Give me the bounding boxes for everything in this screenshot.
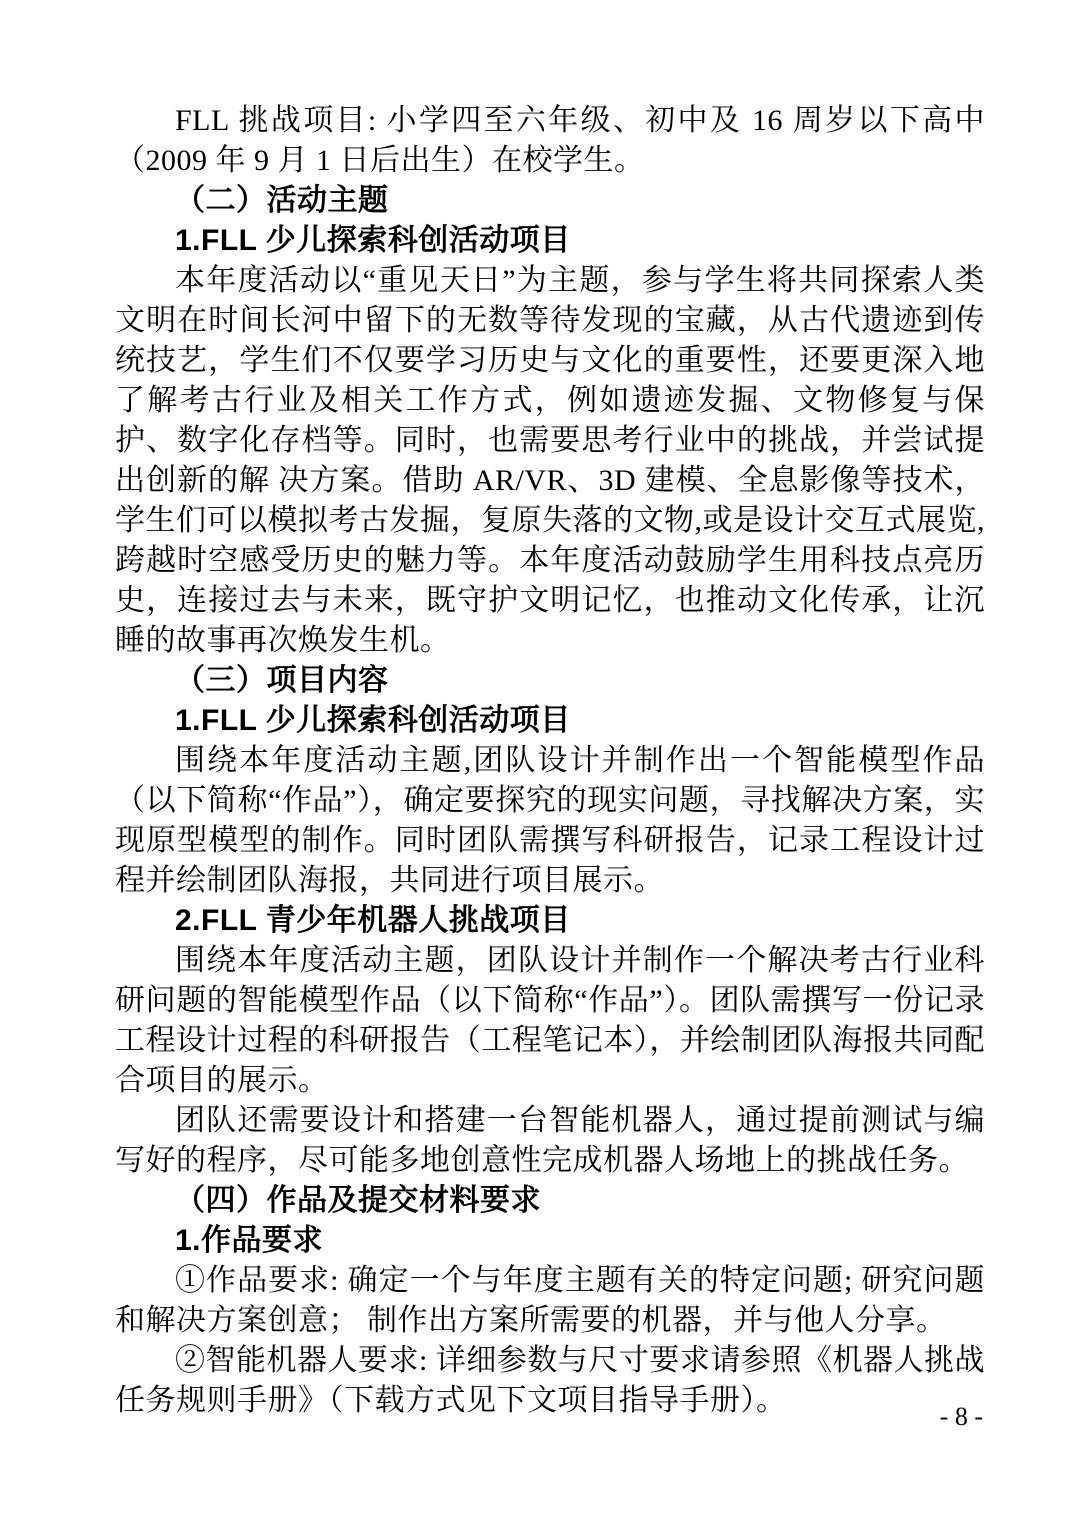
body-paragraph: 本年度活动以“重见天日”为主题，参与学生将共同探索人类文明在时间长河中留下的无数… (115, 261, 985, 661)
section-heading: 1.FLL 少儿探索科创活动项目 (115, 221, 985, 261)
body-paragraph: 团队还需要设计和搭建一台智能机器人，通过提前测试与编写好的程序，尽可能多地创意性… (115, 1101, 985, 1181)
section-heading: 1.FLL 少儿探索科创活动项目 (115, 701, 985, 741)
body-paragraph: ①作品要求: 确定一个与年度主题有关的特定问题; 研究问题和解决方案创意； 制作… (115, 1261, 985, 1341)
body-paragraph: FLL 挑战项目: 小学四至六年级、初中及 16 周岁以下高中 （2009 年 … (115, 101, 985, 181)
section-heading: （二）活动主题 (115, 181, 985, 221)
document-body: FLL 挑战项目: 小学四至六年级、初中及 16 周岁以下高中 （2009 年 … (115, 101, 985, 1421)
body-paragraph: 围绕本年度活动主题,团队设计并制作出一个智能模型作品（以下简称“作品”），确定要… (115, 741, 985, 901)
document-page: FLL 挑战项目: 小学四至六年级、初中及 16 周岁以下高中 （2009 年 … (0, 0, 1080, 1528)
body-paragraph: 围绕本年度活动主题，团队设计并制作一个解决考古行业科研问题的智能模型作品（以下简… (115, 941, 985, 1101)
section-heading: （三）项目内容 (115, 661, 985, 701)
page-number: - 8 - (940, 1402, 983, 1432)
section-heading: 2.FLL 青少年机器人挑战项目 (115, 901, 985, 941)
section-heading: （四）作品及提交材料要求 (115, 1181, 985, 1221)
body-paragraph: ②智能机器人要求: 详细参数与尺寸要求请参照《机器人挑战任务规则手册》（下载方式… (115, 1341, 985, 1421)
section-heading: 1.作品要求 (115, 1221, 985, 1261)
